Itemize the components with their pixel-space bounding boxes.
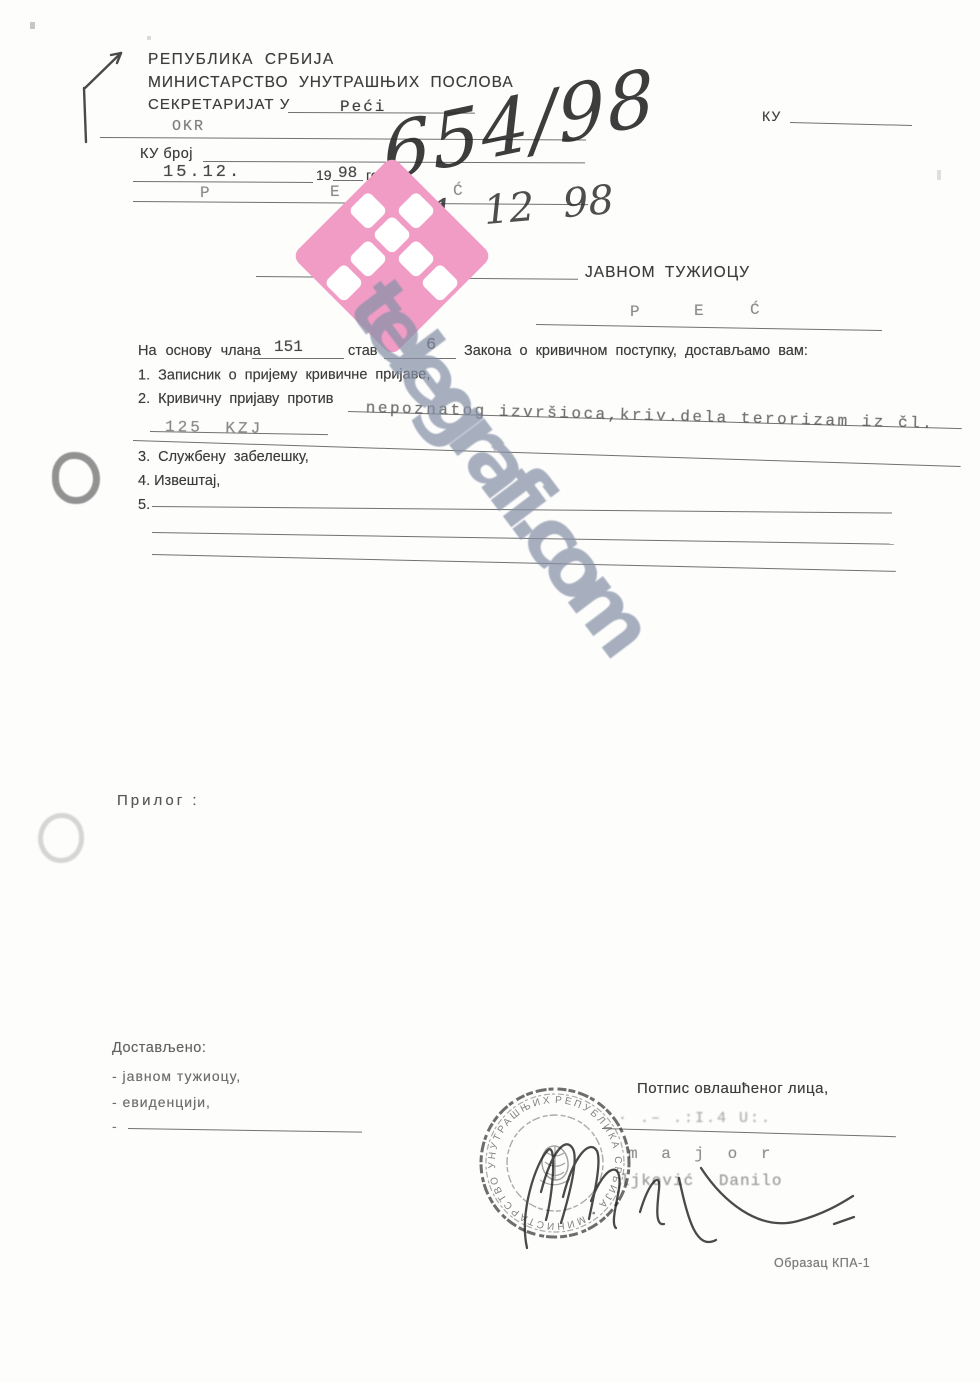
scanned-document-page: РЕПУБЛИКА СРБИЈА МИНИСТАРСТВО УНУТРАШЊИХ… [0,0,980,1382]
handwritten-signature [0,0,980,1382]
